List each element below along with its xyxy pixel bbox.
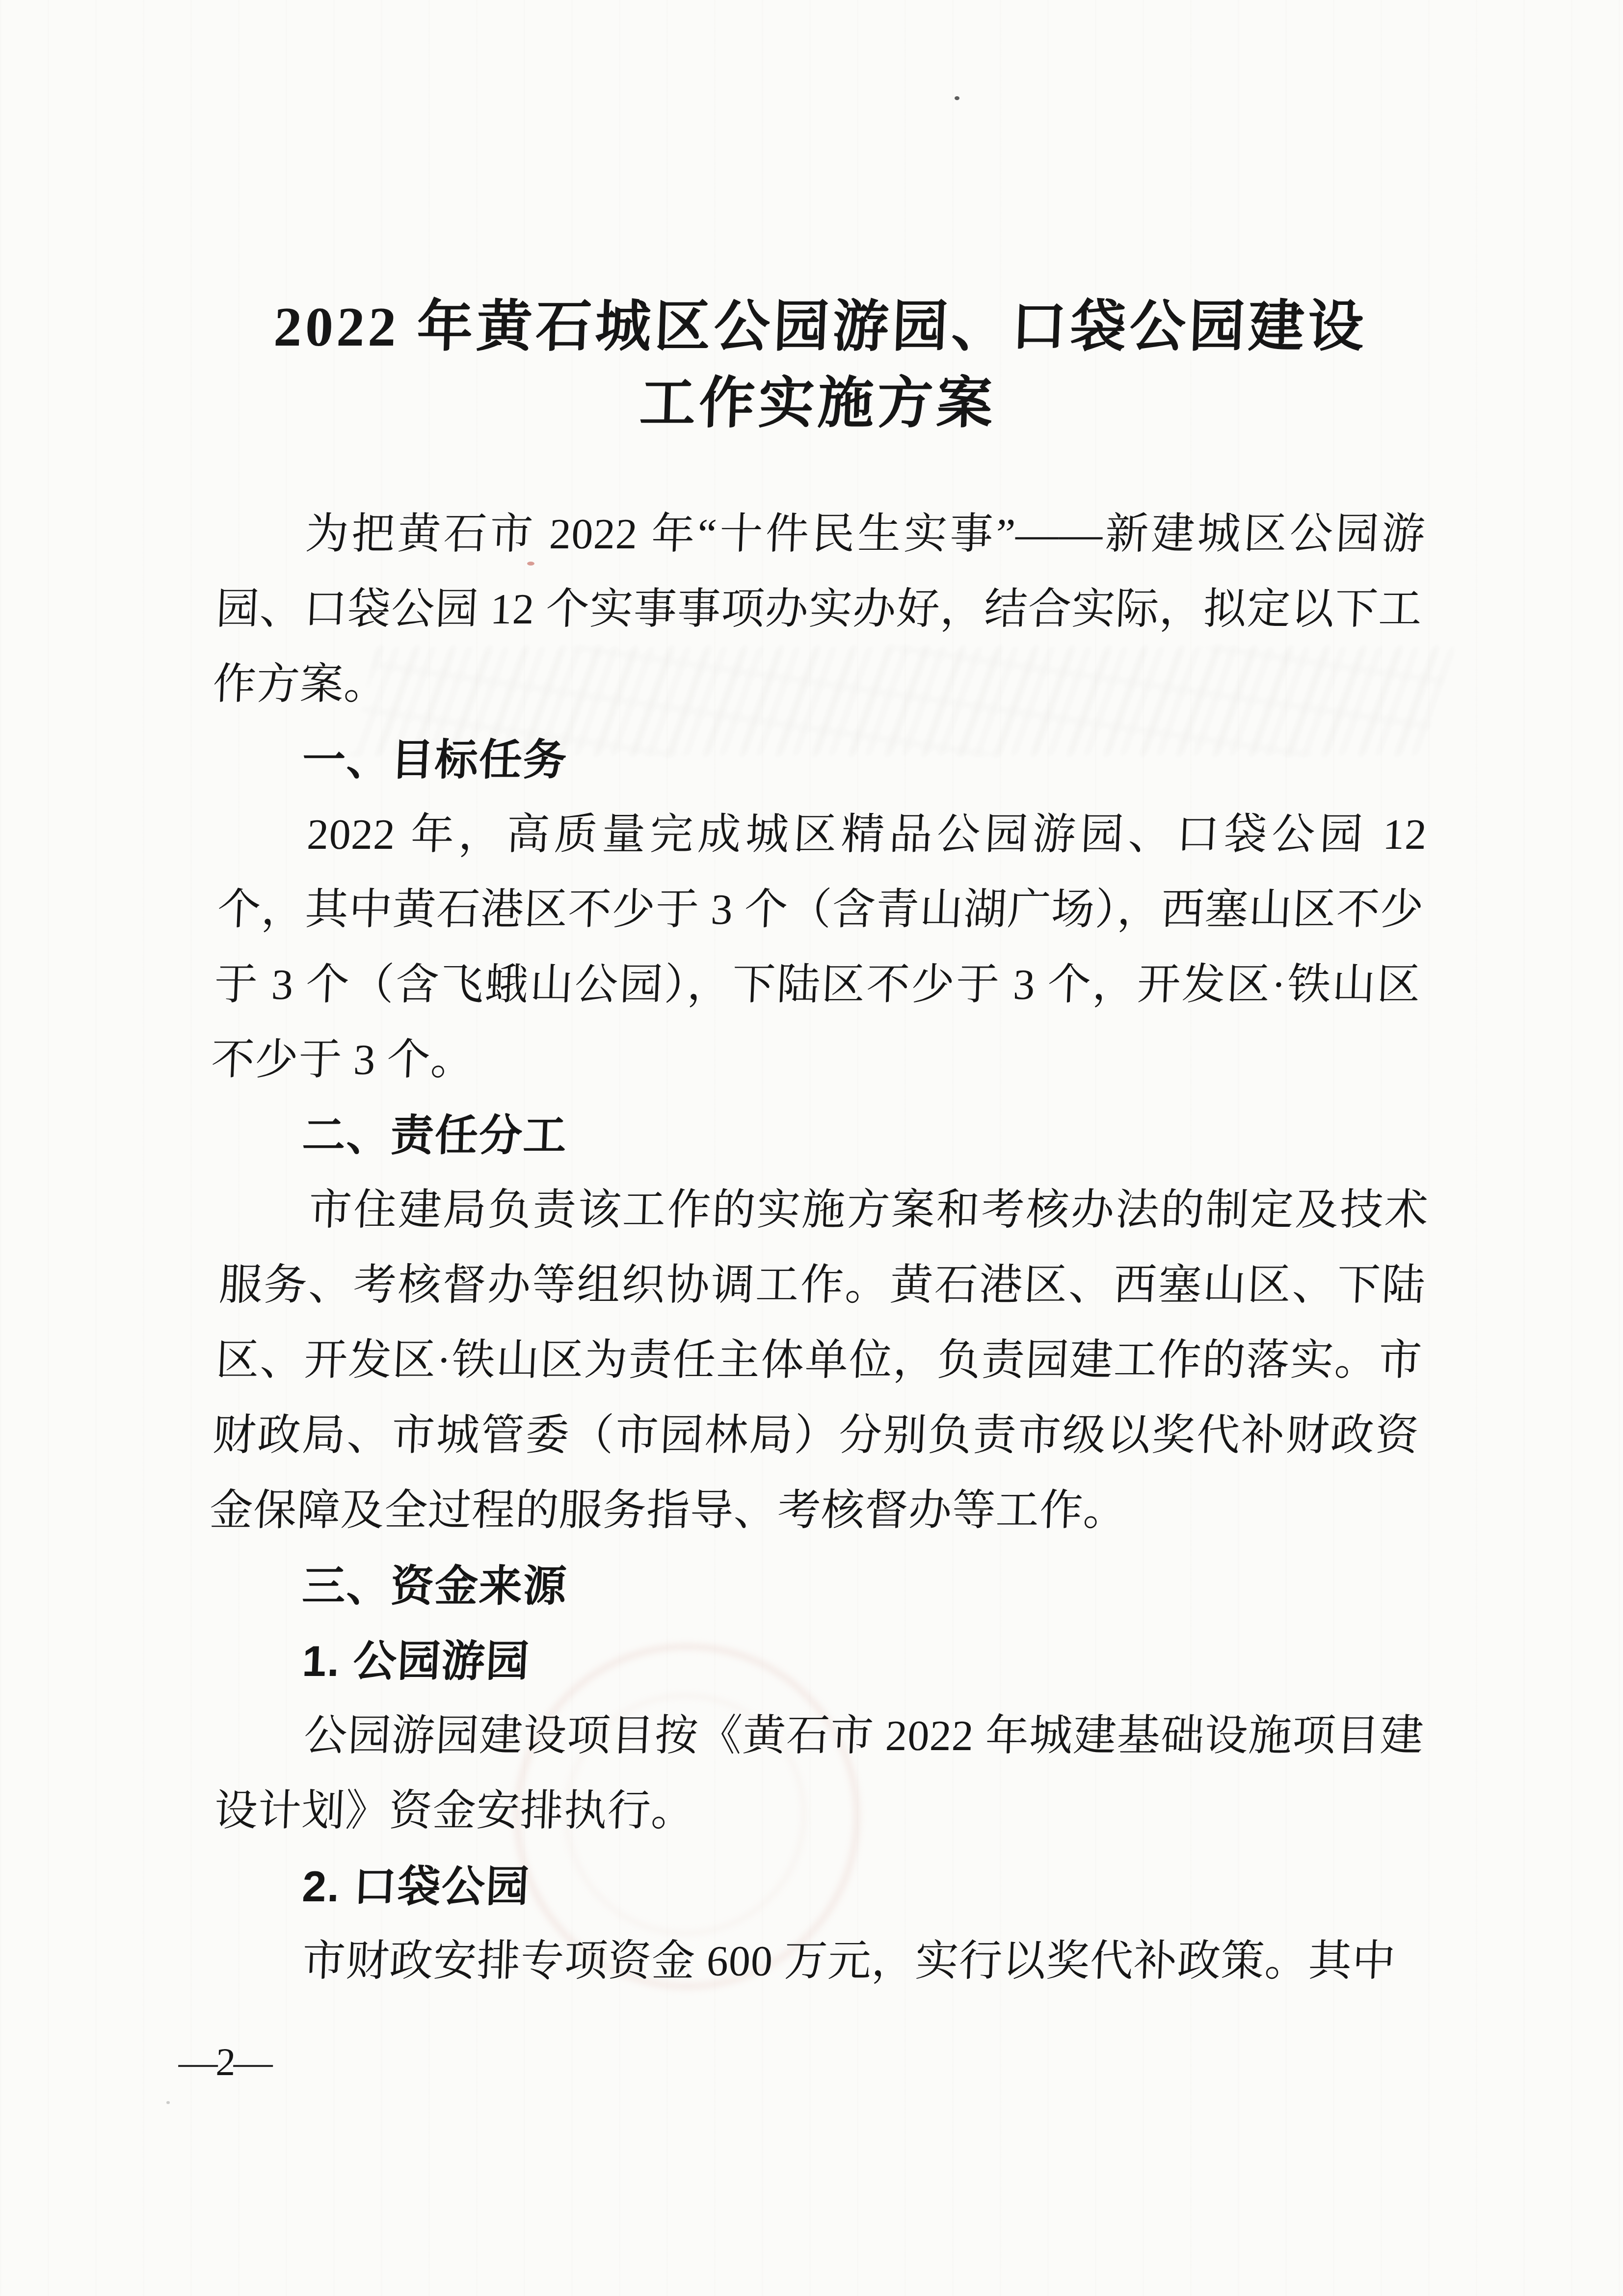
document-title-line-1: 2022 年黄石城区公园游园、口袋公园建设 (216, 289, 1425, 365)
heading-item-1-parks: 1. 公园游园 (214, 1623, 1424, 1699)
document-content: 2022 年黄石城区公园游园、口袋公园建设 工作实施方案 为把黄石市 2022 … (216, 0, 1422, 1999)
document-body: 为把黄石市 2022 年“十件民生实事”——新建城区公园游园、口袋公园 12 个… (216, 497, 1422, 1999)
page-number: —2— (178, 2041, 271, 2083)
paragraph-parks-funding: 公园游园建设项目按《黄石市 2022 年城建基础设施项目建设计划》资金安排执行。 (213, 1699, 1426, 1849)
heading-item-2-pocket-parks: 2. 口袋公园 (214, 1849, 1424, 1924)
paragraph-responsibilities: 市住建局负责该工作的实施方案和考核办法的制定及技术服务、考核督办等组织协调工作。… (208, 1173, 1430, 1548)
heading-section-1-goals: 一、目标任务 (214, 722, 1424, 797)
scanned-document-page: 2022 年黄石城区公园游园、口袋公园建设 工作实施方案 为把黄石市 2022 … (0, 0, 1623, 2296)
paragraph-goals: 2022 年，高质量完成城区精品公园游园、口袋公园 12 个，其中黄石港区不少于… (210, 797, 1429, 1098)
paragraph-pocket-parks-funding: 市财政安排专项资金 600 万元，实行以奖代补政策。其中 (214, 1924, 1424, 1999)
scan-speck (166, 2101, 170, 2104)
document-title: 2022 年黄石城区公园游园、口袋公园建设 工作实施方案 (213, 289, 1425, 442)
paragraph-intro: 为把黄石市 2022 年“十件民生实事”——新建城区公园游园、口袋公园 12 个… (211, 497, 1427, 722)
document-title-line-2: 工作实施方案 (213, 365, 1422, 442)
heading-section-3-funding: 三、资金来源 (214, 1548, 1424, 1623)
heading-section-2-responsibilities: 二、责任分工 (214, 1098, 1424, 1173)
